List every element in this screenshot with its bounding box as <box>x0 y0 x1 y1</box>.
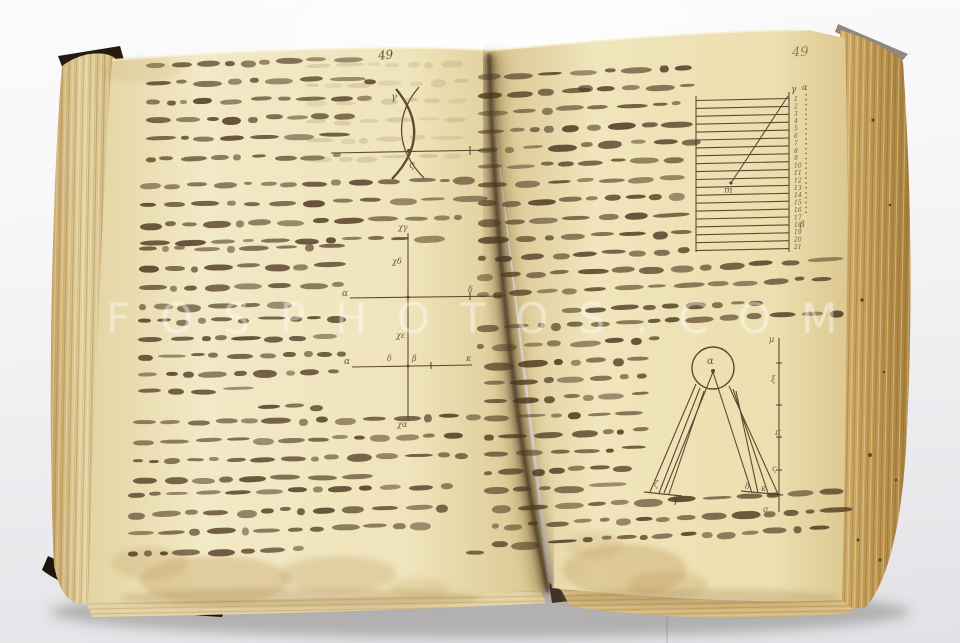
handwriting-line <box>133 433 462 449</box>
handwriting-line <box>484 464 633 479</box>
handwriting-line <box>128 523 425 540</box>
handwriting-line <box>484 483 627 497</box>
handwriting-line <box>138 387 248 398</box>
handwriting-line <box>484 374 641 389</box>
handwriting-line <box>133 452 458 468</box>
handwriting-line <box>128 546 294 560</box>
handwriting-line <box>139 282 338 294</box>
handwriting-line <box>258 404 322 414</box>
handwriting-line <box>478 193 684 211</box>
handwriting-line <box>478 248 676 265</box>
handwriting-line <box>578 84 593 93</box>
handwriting-line <box>478 156 683 174</box>
handwriting-line <box>140 215 457 231</box>
right-page-folio-number: 49 <box>792 45 809 61</box>
handwriting-line <box>138 351 338 363</box>
handwriting-line <box>140 177 466 193</box>
handwriting-line <box>128 503 433 521</box>
handwriting-line <box>478 120 686 138</box>
handwriting-layer <box>0 0 960 643</box>
handwriting-line <box>133 414 467 430</box>
handwriting-line <box>484 428 642 443</box>
handwriting-line <box>466 549 484 558</box>
handwriting-line <box>477 310 827 335</box>
handwriting-line <box>364 79 376 88</box>
handwriting-line <box>138 316 336 328</box>
handwriting-line <box>478 138 690 156</box>
handwriting-line <box>138 369 325 381</box>
photo-stage: γςχγχδαδχεαδβκχαγmαβαζγδκσμξπς1234567891… <box>0 0 960 643</box>
handwriting-line <box>484 410 639 425</box>
handwriting-line <box>306 135 458 148</box>
handwriting-line <box>478 175 679 192</box>
handwriting-line <box>478 211 688 229</box>
handwriting-line <box>484 446 637 461</box>
handwriting-line <box>140 196 461 212</box>
handwriting-line <box>146 154 242 165</box>
handwriting-line <box>138 334 331 346</box>
handwriting-line <box>139 301 287 313</box>
handwriting-line <box>478 102 681 119</box>
handwriting-line <box>484 392 644 407</box>
handwriting-line <box>139 262 345 275</box>
handwriting-line <box>477 337 649 353</box>
handwriting-line <box>478 65 684 83</box>
handwriting-line <box>478 229 683 247</box>
handwriting-line <box>484 356 646 371</box>
handwriting-line <box>133 473 369 487</box>
left-page-folio-number: 49 <box>377 47 394 63</box>
